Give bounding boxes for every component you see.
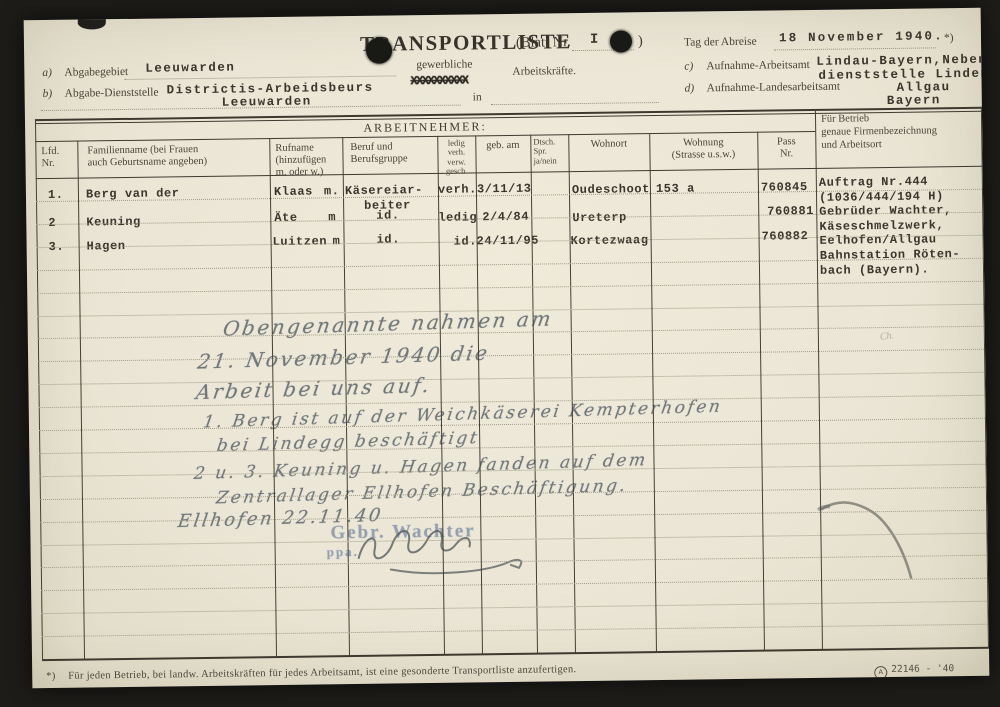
table-column-line — [757, 132, 765, 651]
col-header-wohnort: Wohnort — [568, 138, 649, 151]
table-row-ruling — [37, 280, 983, 293]
in-label: in — [473, 91, 482, 103]
field-a-key: a) — [42, 67, 52, 79]
field-a-label: Abgabegebiet — [64, 66, 128, 79]
row3-rufname: Luitzen — [273, 234, 328, 249]
date-label: Tag der Abreise — [684, 36, 757, 49]
col-header-beruf: Beruf und Berufsgruppe — [350, 141, 438, 166]
date-value: 18 November 1940. — [779, 29, 944, 45]
col-header-rufname: Rufname (hinzufügen m. oder w.) — [275, 142, 341, 179]
table-column-line — [649, 133, 657, 652]
scanned-document-page: { "colors":{"paper":"#ebe6d6","scan_back… — [0, 0, 1000, 707]
table-bottom-border — [42, 647, 989, 661]
field-b-label: Abgabe-Dienststelle — [65, 87, 159, 100]
blatt-nr-label: (Blatt Nr. — [516, 34, 571, 52]
in-rule-right — [491, 102, 659, 105]
field-c-label: Aufnahme-Arbeitsamt — [706, 59, 810, 72]
field-d-value: Bayern — [887, 93, 941, 108]
punch-hole-left — [366, 37, 392, 63]
table-column-line — [77, 141, 85, 660]
pencil-curve-mark — [810, 493, 941, 580]
row2-mw: m — [328, 210, 336, 224]
field-c-key: c) — [684, 61, 693, 73]
footer-note-mark: *) — [46, 671, 56, 682]
field-d-label: Aufnahme-Landesarbeitsamt — [707, 81, 841, 95]
paper-tear-mark — [77, 16, 106, 31]
col-header-familienname: Familienname (bei Frauen auch Geburtsnam… — [87, 143, 267, 169]
paper-sheet: TRANSPORTLISTE (Blatt Nr. I ) gewerblich… — [24, 8, 990, 688]
betrieb-line-7: bach (Bayern). — [820, 261, 982, 278]
footer-text: Für jeden Betrieb, bei landw. Arbeitskrä… — [68, 664, 576, 682]
row3-mw: m — [332, 234, 340, 248]
arbeitskraefte-label: Arbeitskräfte. — [512, 65, 576, 78]
row2-rufname: Äte — [274, 211, 298, 225]
col-header-lfd-nr: Lfd. Nr. — [41, 146, 75, 171]
field-b-key: b) — [43, 88, 53, 100]
betrieb-line-6: Bahnstation Röten- — [820, 247, 982, 264]
table-row-ruling — [38, 349, 984, 362]
col-header-familienstand: ledig verh. verw. gesch. — [438, 138, 474, 176]
field-a-underline — [124, 75, 396, 80]
row3-beruf: id. — [376, 232, 400, 246]
table-row-ruling — [39, 441, 985, 454]
gewerbliche-label: gewerbliche — [416, 58, 472, 71]
col-header-wohnung: Wohnung (Strasse u.s.w.) — [649, 137, 757, 163]
print-code: 22146 - '40 — [891, 663, 954, 675]
blatt-close-paren: ) — [638, 33, 643, 50]
date-footnote-mark: *) — [944, 32, 954, 44]
ink-smudge: Ch. — [879, 330, 894, 343]
crossed-out-word: XXXXXXXXXX — [410, 73, 467, 88]
col-header-pass-nr: Pass Nr. — [757, 136, 815, 161]
print-code-block: A22146 - '40 — [874, 658, 954, 679]
table-row-ruling — [41, 601, 987, 614]
handwriting-line-3: Arbeit bei uns auf. — [194, 373, 433, 404]
date-underline — [774, 47, 936, 50]
printer-logo-icon: A — [874, 666, 887, 679]
row2-pass-nr: 760881 — [767, 204, 814, 219]
col-header-geb-am: geb. am — [475, 140, 530, 153]
field-a-value: Leeuwarden — [145, 61, 235, 76]
table-row-ruling — [38, 372, 984, 385]
row2-beruf: id. — [376, 208, 400, 222]
col-header-dtsch-spr: Dtsch. Spr. ja/nein — [533, 137, 567, 165]
col-header-fuer-betrieb: Für Betrieb genaue Firmenbezeichnung und… — [821, 111, 980, 152]
signature-scribble — [330, 511, 591, 584]
blatt-nr-value: I — [590, 32, 600, 48]
table-row-ruling — [42, 624, 988, 637]
field-d-key: d) — [685, 83, 695, 95]
